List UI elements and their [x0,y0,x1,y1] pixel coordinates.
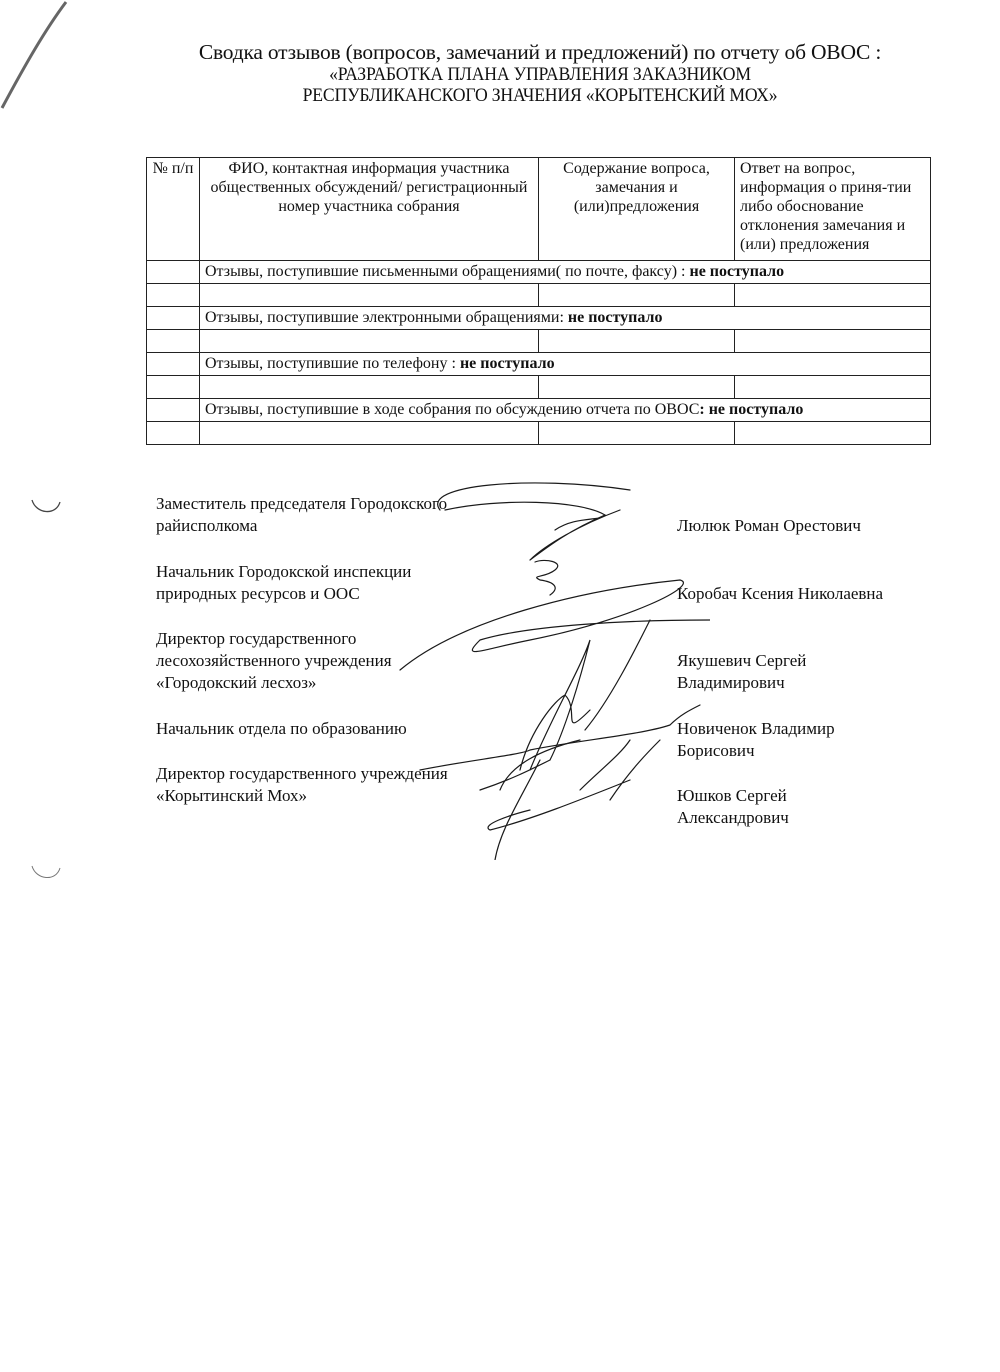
signatory-name: Юшков Сергей Александрович [677,785,827,829]
section-label: Отзывы, поступившие по телефону : не пос… [200,353,931,376]
signature-5 [488,740,660,860]
header-number: № п/п [147,158,200,261]
signatory-role: Директор государственного лесохозяйствен… [156,628,446,694]
table-section-row: Отзывы, поступившие по телефону : не пос… [147,353,931,376]
section-label: Отзывы, поступившие в ходе собрания по о… [200,399,931,422]
table-row [147,284,931,307]
header-answer: Ответ на вопрос, информация о приня-тии … [735,158,931,261]
signatory-name: Люлюк Роман Орестович [677,515,937,537]
section-status: не поступало [568,309,663,326]
signatory-name: Коробач Ксения Николаевна [677,583,937,605]
section-status: : не поступало [699,401,803,418]
signatory-role: Начальник Городокской инспекции природны… [156,561,466,605]
table-row [147,330,931,353]
header-participant: ФИО, контактная информация участника общ… [200,158,539,261]
punch-hole-mark [30,862,64,884]
title-line-1: Сводка отзывов (вопросов, замечаний и пр… [150,40,930,64]
feedback-summary-table: № п/п ФИО, контактная информация участни… [146,157,931,445]
title-line-2: «РАЗРАБОТКА ПЛАНА УПРАВЛЕНИЯ ЗАКАЗНИКОМ [177,64,902,85]
table-section-row: Отзывы, поступившие письменными обращени… [147,261,931,284]
signatory-name: Якушевич Сергей Владимирович [677,650,847,694]
section-status: не поступало [689,263,784,280]
title-line-3: РЕСПУБЛИКАНСКОГО ЗНАЧЕНИЯ «КОРЫТЕНСКИЙ М… [177,85,902,106]
header-content: Содержание вопроса, замечания и (или)пре… [539,158,735,261]
section-label: Отзывы, поступившие письменными обращени… [200,261,931,284]
scan-edge-mark [0,0,70,120]
signatory-name: Новиченок Владимир Борисович [677,718,867,762]
section-label: Отзывы, поступившие электронными обращен… [200,307,931,330]
document-title: Сводка отзывов (вопросов, замечаний и пр… [150,40,930,106]
signatory-role: Заместитель председателя Городокского ра… [156,493,501,537]
signatory-role: Директор государственного учреждения «Ко… [156,763,501,807]
section-status: не поступало [460,355,555,372]
signatory-role: Начальник отдела по образованию [156,718,516,740]
table-section-row: Отзывы, поступившие электронными обращен… [147,307,931,330]
punch-hole-mark [30,496,64,518]
table-row [147,422,931,445]
signature-3 [500,620,650,790]
table-header-row: № п/п ФИО, контактная информация участни… [147,158,931,261]
table-section-row: Отзывы, поступившие в ходе собрания по о… [147,399,931,422]
table-row [147,376,931,399]
